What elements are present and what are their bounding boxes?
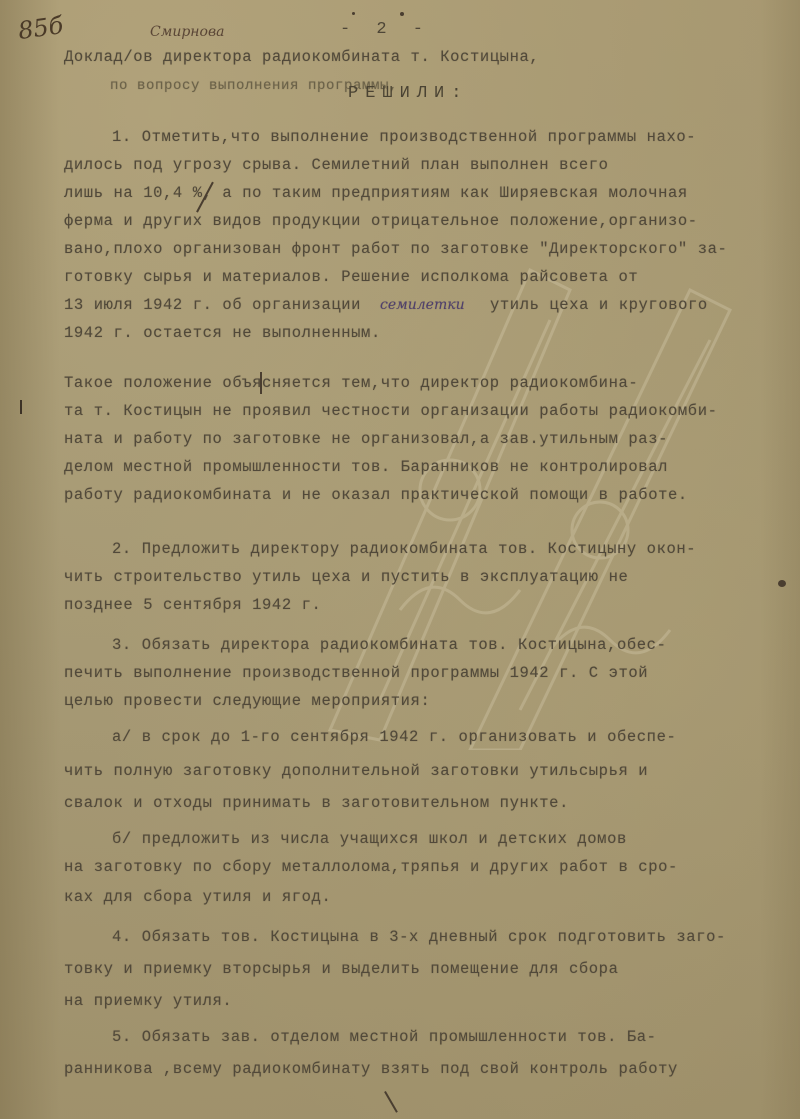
text-line: готовку сырья и материалов. Решение испо… [64, 268, 638, 286]
ink-speck [400, 12, 404, 16]
intro-line: Доклад/ов директора радиокомбината т. Ко… [64, 48, 539, 66]
text-line: делом местной промышленности тов. Баранн… [64, 458, 668, 476]
text-line: вано,плохо организован фронт работ по за… [64, 240, 727, 258]
text-line: ферма и других видов продукции отрицател… [64, 212, 698, 230]
text-line: товку и приемку вторсырья и выделить пом… [64, 960, 618, 978]
text-line: 1. Отметить,что выполнение производствен… [112, 128, 696, 146]
text-line: утиль цеха и кругового [490, 296, 708, 314]
text-line: свалок и отходы принимать в заготовитель… [64, 794, 569, 812]
handwritten-insert: Смирнова [150, 24, 224, 40]
text-line: работу радиокомбината и не оказал практи… [64, 486, 688, 504]
text-line: 4. Обязать тов. Костицына в 3-х дневный … [112, 928, 726, 946]
page-shadow-left [0, 0, 60, 1119]
page-shadow-right [760, 0, 800, 1119]
text-line: 1942 г. остается не выполненным. [64, 324, 381, 342]
pen-stroke [260, 372, 262, 394]
text-line: ках для сбора утиля и ягод. [64, 888, 331, 906]
page-number: - 2 - [340, 20, 431, 39]
ink-blot [778, 580, 786, 587]
text-line: дилось под угрозу срыва. Семилетний план… [64, 156, 609, 174]
text-line: на заготовку по сбору металлолома,тряпья… [64, 858, 678, 876]
text-line: лишь на 10,4 %, а по таким предприятиям … [64, 184, 688, 202]
margin-mark [20, 400, 22, 414]
resolution-heading: РЕШИЛИ: [348, 84, 468, 103]
text-line: печить выполнение производственной прогр… [64, 664, 648, 682]
text-line: а/ в срок до 1-го сентября 1942 г. орган… [112, 728, 676, 746]
text-line: чить строительство утиль цеха и пустить … [64, 568, 628, 586]
text-line: ранникова ,всему радиокомбинату взять по… [64, 1060, 678, 1078]
text-line: Такое положение объясняется тем,что дире… [64, 374, 638, 392]
text-line: 13 июля 1942 г. об организации [64, 296, 361, 314]
text-line: ната и работу по заготовке не организова… [64, 430, 668, 448]
purple-ink-insert: семилетки [380, 297, 465, 313]
text-line: та т. Костицын не проявил честности орга… [64, 402, 718, 420]
text-line: б/ предложить из числа учащихся школ и д… [112, 830, 627, 848]
text-line: целью провести следующие мероприятия: [64, 692, 430, 710]
text-line: 5. Обязать зав. отделом местной промышле… [112, 1028, 657, 1046]
text-line: 3. Обязать директора радиокомбината тов.… [112, 636, 666, 654]
text-line: 2. Предложить директору радиокомбината т… [112, 540, 696, 558]
ink-speck [352, 12, 355, 15]
text-line: чить полную заготовку дополнительной заг… [64, 762, 648, 780]
text-line: на приемку утиля. [64, 992, 232, 1010]
text-line: позднее 5 сентября 1942 г. [64, 596, 321, 614]
